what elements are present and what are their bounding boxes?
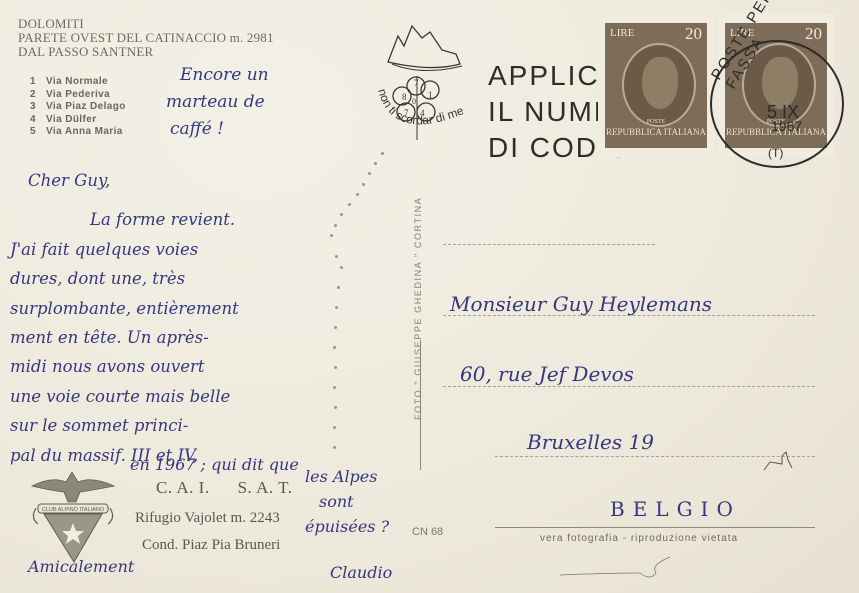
caption-subject: PARETE OVEST DEL CATINACCIO m. 2981: [18, 31, 274, 45]
caption-block: DOLOMITI PARETE OVEST DEL CATINACCIO m. …: [18, 17, 274, 59]
pencil-swoosh-icon: [560, 555, 680, 585]
route-item: 5Via Anna Maria: [30, 126, 126, 139]
route-item: 1Via Normale: [30, 76, 126, 89]
handwritten-letter: Cher Guy, La forme revient. J'ai fait qu…: [10, 166, 330, 470]
letter-line: une voie courte mais belle: [10, 382, 330, 411]
hut-name: Rifugio Vajolet m. 2243: [135, 510, 280, 527]
letter-continued: en 1967 ; qui dit que: [130, 455, 299, 474]
address-rule: [443, 386, 815, 387]
route-list: 1Via Normale 2Via Pederiva 3Via Piaz Del…: [30, 76, 126, 139]
club-org-line: C. A. I.S. A. T.: [156, 478, 292, 498]
hut-warden: Cond. Piaz Pia Bruneri: [142, 537, 280, 554]
letter-line: ment en tête. Un après-: [10, 323, 330, 352]
letter-line: sur le sommet princi-: [10, 411, 330, 440]
svg-text:CLUB ALPINO ITALIANO: CLUB ALPINO ITALIANO: [42, 507, 105, 513]
dolomites-flower-cancel-icon: 8 7 1 7 4 0 non ti scordar di me: [372, 20, 480, 150]
route-item: 3Via Piaz Delago: [30, 101, 126, 114]
photo-credit: FOTO " GIUSEPPE GHEDINA " CORTINA: [413, 197, 423, 420]
caption-region: DOLOMITI: [18, 17, 274, 31]
cai-eagle-emblem-icon: CLUB ALPINO ITALIANO: [22, 468, 122, 564]
pencil-scribble-icon: [760, 448, 800, 473]
letter-line: midi nous avons ouvert: [10, 352, 330, 381]
address-city: Bruxelles 19: [527, 430, 654, 454]
postmark-year: 1967: [771, 118, 802, 134]
svg-text:8: 8: [402, 92, 407, 102]
address-name: Monsieur Guy Heylemans: [450, 292, 712, 316]
handwritten-top-note: Encore un marteau de caffé !: [180, 62, 269, 143]
route-item: 4Via Dülfer: [30, 114, 126, 127]
letter-line: surplombante, entièrement: [10, 294, 330, 323]
letter-line: La forme revient.: [10, 205, 330, 234]
route-item: 2Via Pederiva: [30, 89, 126, 102]
letter-salutation: Cher Guy,: [28, 166, 330, 195]
svg-text:0: 0: [412, 97, 416, 106]
postcard-back: DOLOMITI PARETE OVEST DEL CATINACCIO m. …: [0, 0, 859, 593]
caption-viewpoint: DAL PASSO SANTNER: [18, 45, 274, 59]
address-country: BELGIO: [610, 497, 741, 521]
stamp-20-lire: LIRE 20 POSTE REPUBBLICA ITALIANA: [598, 14, 714, 157]
letter-line: dures, dont une, très: [10, 264, 330, 293]
letter-line: J'ai fait quelques voies: [10, 235, 330, 264]
footer-note: vera fotografia - riproduzione vietata: [540, 533, 738, 544]
svg-text:7: 7: [414, 78, 419, 88]
address-rule: [495, 527, 815, 528]
letter-signature: Claudio: [330, 563, 392, 582]
address-street: 60, rue Jef Devos: [460, 362, 634, 386]
letter-side-lines: les Alpes sont épuisées ?: [305, 464, 389, 539]
postmark-province: (T): [768, 146, 783, 160]
siracusana-head-icon: [622, 43, 696, 127]
address-rule: [443, 244, 655, 245]
card-code: CN 68: [412, 526, 443, 538]
svg-text:1: 1: [428, 90, 433, 100]
